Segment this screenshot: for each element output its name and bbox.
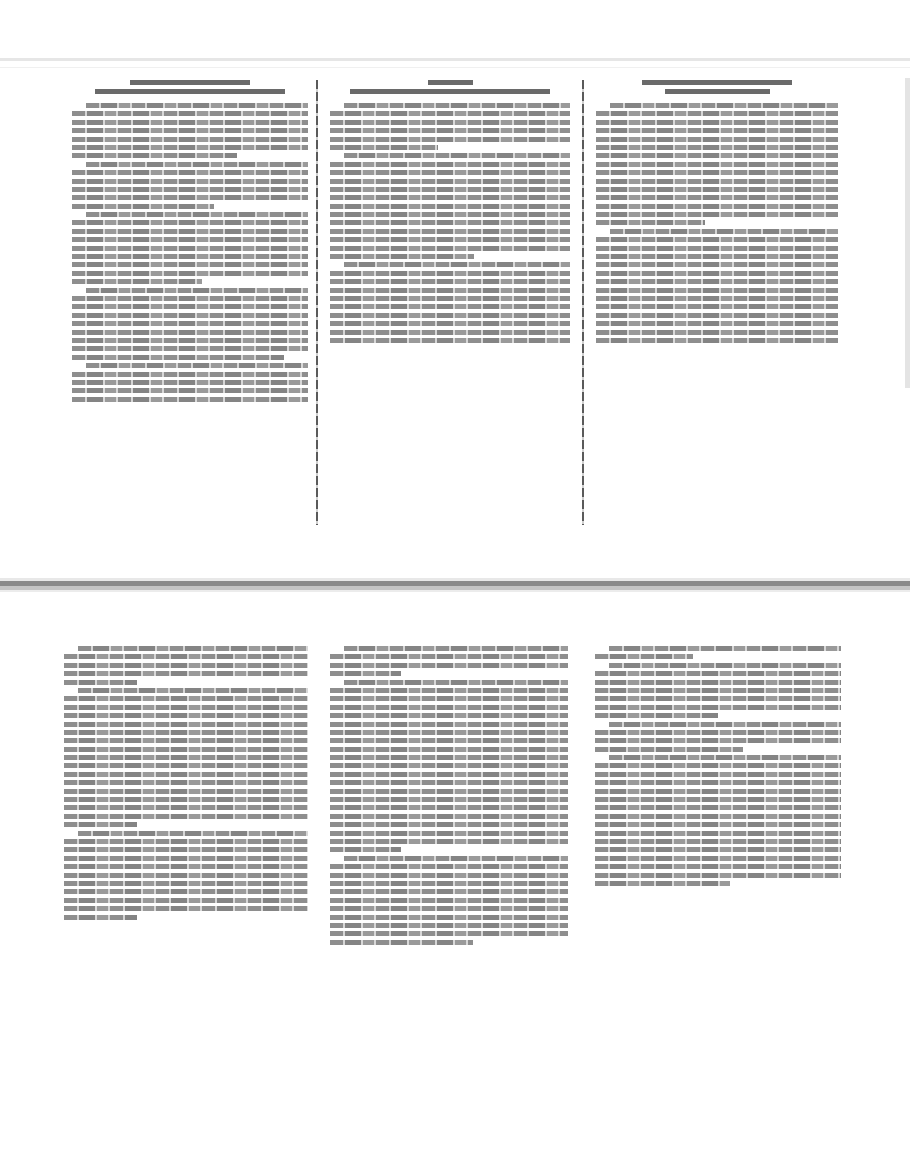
text-line (64, 680, 137, 685)
text-line (330, 713, 568, 718)
paragraph (330, 262, 570, 343)
text-line (72, 330, 308, 335)
text-line (609, 755, 841, 760)
text-line (596, 128, 838, 133)
text-line (72, 220, 308, 225)
text-line (330, 747, 568, 752)
column-rule (316, 80, 318, 525)
text-line (330, 179, 570, 184)
text-line (596, 237, 838, 242)
text-line (64, 747, 308, 752)
text-line (330, 237, 570, 242)
paragraph (64, 646, 308, 685)
page-1 (0, 58, 910, 581)
text-line (330, 805, 568, 810)
text-line (64, 814, 308, 819)
text-line (330, 864, 568, 869)
paragraph (72, 162, 308, 209)
text-line (596, 246, 838, 251)
text-line (64, 797, 308, 802)
text-line (72, 388, 308, 393)
text-line (64, 696, 308, 701)
text-line (330, 831, 568, 836)
text-line (596, 212, 838, 217)
text-line (344, 262, 570, 267)
text-line (330, 162, 570, 167)
text-line (330, 271, 570, 276)
text-line (330, 195, 570, 200)
text-line (86, 103, 308, 108)
text-line (596, 296, 838, 301)
paragraph (72, 288, 308, 360)
text-line (344, 856, 568, 861)
text-line (596, 179, 838, 184)
text-line (64, 705, 308, 710)
text-line (595, 839, 841, 844)
text-line (330, 789, 568, 794)
text-line (330, 663, 568, 668)
text-line (596, 187, 838, 192)
text-line (595, 873, 841, 878)
page-1-column-2 (330, 80, 570, 346)
text-line (86, 363, 308, 368)
text-line (595, 864, 841, 869)
text-line (72, 170, 308, 175)
text-line (596, 120, 838, 125)
text-line (72, 179, 308, 184)
text-line (330, 145, 438, 150)
text-line (330, 279, 570, 284)
paragraph (595, 663, 841, 718)
text-line (72, 313, 308, 318)
paragraph (595, 722, 841, 752)
text-line (596, 330, 838, 335)
text-line (72, 246, 308, 251)
text-line (609, 663, 841, 668)
text-line (64, 671, 308, 676)
text-line (72, 120, 308, 125)
text-line (64, 881, 308, 886)
text-line (72, 380, 308, 385)
text-line (330, 246, 570, 251)
text-line (344, 103, 570, 108)
text-line (330, 730, 568, 735)
text-line (78, 646, 308, 651)
text-line (64, 915, 137, 920)
text-line (78, 688, 308, 693)
page-1-column-3 (596, 80, 838, 346)
text-line (596, 153, 838, 158)
paragraph (330, 153, 570, 259)
text-line (78, 831, 308, 836)
section-heading (596, 80, 838, 94)
text-line (609, 646, 841, 651)
text-line (330, 696, 568, 701)
text-line (72, 187, 308, 192)
text-line (86, 212, 308, 217)
text-line (330, 330, 570, 335)
text-line (72, 128, 308, 133)
text-line (596, 279, 838, 284)
text-line (64, 847, 308, 852)
text-line (72, 397, 308, 402)
text-line (330, 822, 568, 827)
text-line (72, 195, 308, 200)
text-line (595, 713, 718, 718)
text-line (330, 889, 568, 894)
text-line (330, 797, 568, 802)
text-line (596, 162, 838, 167)
paragraph (330, 680, 568, 853)
text-line (595, 822, 841, 827)
text-line (595, 772, 841, 777)
text-line (330, 212, 570, 217)
heading-line (130, 80, 250, 85)
text-line (330, 847, 401, 852)
paragraph (330, 103, 570, 150)
text-line (64, 772, 308, 777)
text-line (72, 137, 308, 142)
text-line (72, 304, 308, 309)
text-line (330, 940, 473, 945)
text-line (72, 372, 308, 377)
paragraph (72, 103, 308, 158)
text-line (330, 705, 568, 710)
page-1-column-1 (72, 80, 308, 405)
text-line (72, 111, 308, 116)
text-line (330, 915, 568, 920)
heading-line (350, 89, 550, 94)
text-line (330, 111, 570, 116)
text-line (330, 839, 568, 844)
paragraph (72, 363, 308, 402)
text-line (595, 814, 841, 819)
text-line (330, 321, 570, 326)
page-1-content (0, 67, 910, 581)
text-line (595, 780, 841, 785)
text-line (330, 722, 568, 727)
text-line (330, 229, 570, 234)
page-edge (905, 78, 910, 388)
text-line (330, 313, 570, 318)
text-line (72, 355, 284, 360)
text-line (595, 671, 841, 676)
text-line (609, 722, 841, 727)
text-line (72, 271, 308, 276)
text-line (72, 279, 202, 284)
text-line (595, 688, 841, 693)
text-line (72, 346, 308, 351)
text-line (595, 763, 841, 768)
text-line (330, 881, 568, 886)
text-line (64, 822, 137, 827)
paragraph (64, 831, 308, 920)
text-line (64, 898, 308, 903)
text-line (344, 646, 568, 651)
text-line (72, 204, 214, 209)
text-line (330, 688, 568, 693)
text-line (595, 856, 841, 861)
text-line (64, 763, 308, 768)
page-2-column-2 (330, 646, 568, 948)
paragraph (595, 755, 841, 886)
text-line (330, 873, 568, 878)
text-line (64, 864, 308, 869)
text-line (595, 738, 841, 743)
text-line (595, 881, 730, 886)
text-line (330, 671, 401, 676)
paragraph (596, 103, 838, 225)
text-line (596, 137, 838, 142)
text-line (330, 738, 568, 743)
paragraph (596, 229, 838, 343)
text-line (64, 839, 308, 844)
text-line (72, 262, 308, 267)
paragraph (72, 212, 308, 284)
text-line (596, 271, 838, 276)
text-line (64, 738, 308, 743)
text-line (344, 153, 570, 158)
text-line (610, 103, 838, 108)
text-line (330, 254, 474, 259)
text-line (596, 170, 838, 175)
text-line (330, 906, 568, 911)
text-line (595, 747, 743, 752)
text-line (330, 137, 570, 142)
text-line (72, 153, 237, 158)
text-line (595, 847, 841, 852)
text-line (330, 120, 570, 125)
text-line (64, 889, 308, 894)
heading-line (95, 89, 285, 94)
text-line (330, 296, 570, 301)
text-line (72, 321, 308, 326)
text-line (72, 145, 308, 150)
text-line (595, 797, 841, 802)
text-line (86, 288, 308, 293)
paragraph (330, 646, 568, 676)
text-line (72, 237, 308, 242)
paragraph (64, 688, 308, 827)
text-line (596, 195, 838, 200)
text-line (330, 898, 568, 903)
text-line (596, 321, 838, 326)
text-line (596, 288, 838, 293)
text-line (330, 204, 570, 209)
text-line (330, 187, 570, 192)
text-line (330, 220, 570, 225)
text-line (596, 313, 838, 318)
text-line (64, 789, 308, 794)
text-line (64, 755, 308, 760)
text-line (595, 654, 693, 659)
text-line (64, 780, 308, 785)
section-heading (330, 80, 570, 94)
heading-line (642, 80, 792, 85)
text-line (72, 338, 308, 343)
text-line (330, 128, 570, 133)
heading-line (428, 80, 473, 85)
text-line (596, 145, 838, 150)
text-line (330, 763, 568, 768)
text-line (86, 162, 308, 167)
text-line (595, 730, 841, 735)
page-separator (0, 578, 910, 592)
text-line (596, 262, 838, 267)
text-line (596, 220, 705, 225)
page-2-column-1 (64, 646, 308, 923)
text-line (64, 713, 308, 718)
text-line (595, 831, 841, 836)
text-line (596, 338, 838, 343)
text-line (72, 254, 308, 259)
column-rule (582, 80, 584, 525)
page-2 (0, 592, 910, 1155)
page-2-column-3 (595, 646, 841, 889)
text-line (64, 722, 308, 727)
text-line (595, 789, 841, 794)
text-line (330, 338, 570, 343)
text-line (72, 296, 308, 301)
text-line (330, 288, 570, 293)
text-line (330, 780, 568, 785)
paragraph (595, 646, 841, 659)
text-line (64, 805, 308, 810)
text-line (330, 923, 568, 928)
text-line (330, 654, 568, 659)
text-line (72, 229, 308, 234)
text-line (330, 304, 570, 309)
text-line (330, 755, 568, 760)
text-line (595, 705, 841, 710)
text-line (330, 772, 568, 777)
text-line (595, 696, 841, 701)
text-line (595, 680, 841, 685)
text-line (64, 654, 308, 659)
text-line (596, 254, 838, 259)
text-line (610, 229, 838, 234)
text-line (64, 730, 308, 735)
text-line (64, 906, 308, 911)
text-line (330, 931, 568, 936)
text-line (330, 814, 568, 819)
heading-line (665, 89, 770, 94)
paragraph (330, 856, 568, 945)
text-line (64, 663, 308, 668)
text-line (64, 856, 308, 861)
text-line (64, 873, 308, 878)
section-heading (72, 80, 308, 94)
text-line (596, 304, 838, 309)
text-line (596, 204, 838, 209)
text-line (344, 680, 568, 685)
text-line (330, 170, 570, 175)
text-line (596, 111, 838, 116)
text-line (595, 805, 841, 810)
